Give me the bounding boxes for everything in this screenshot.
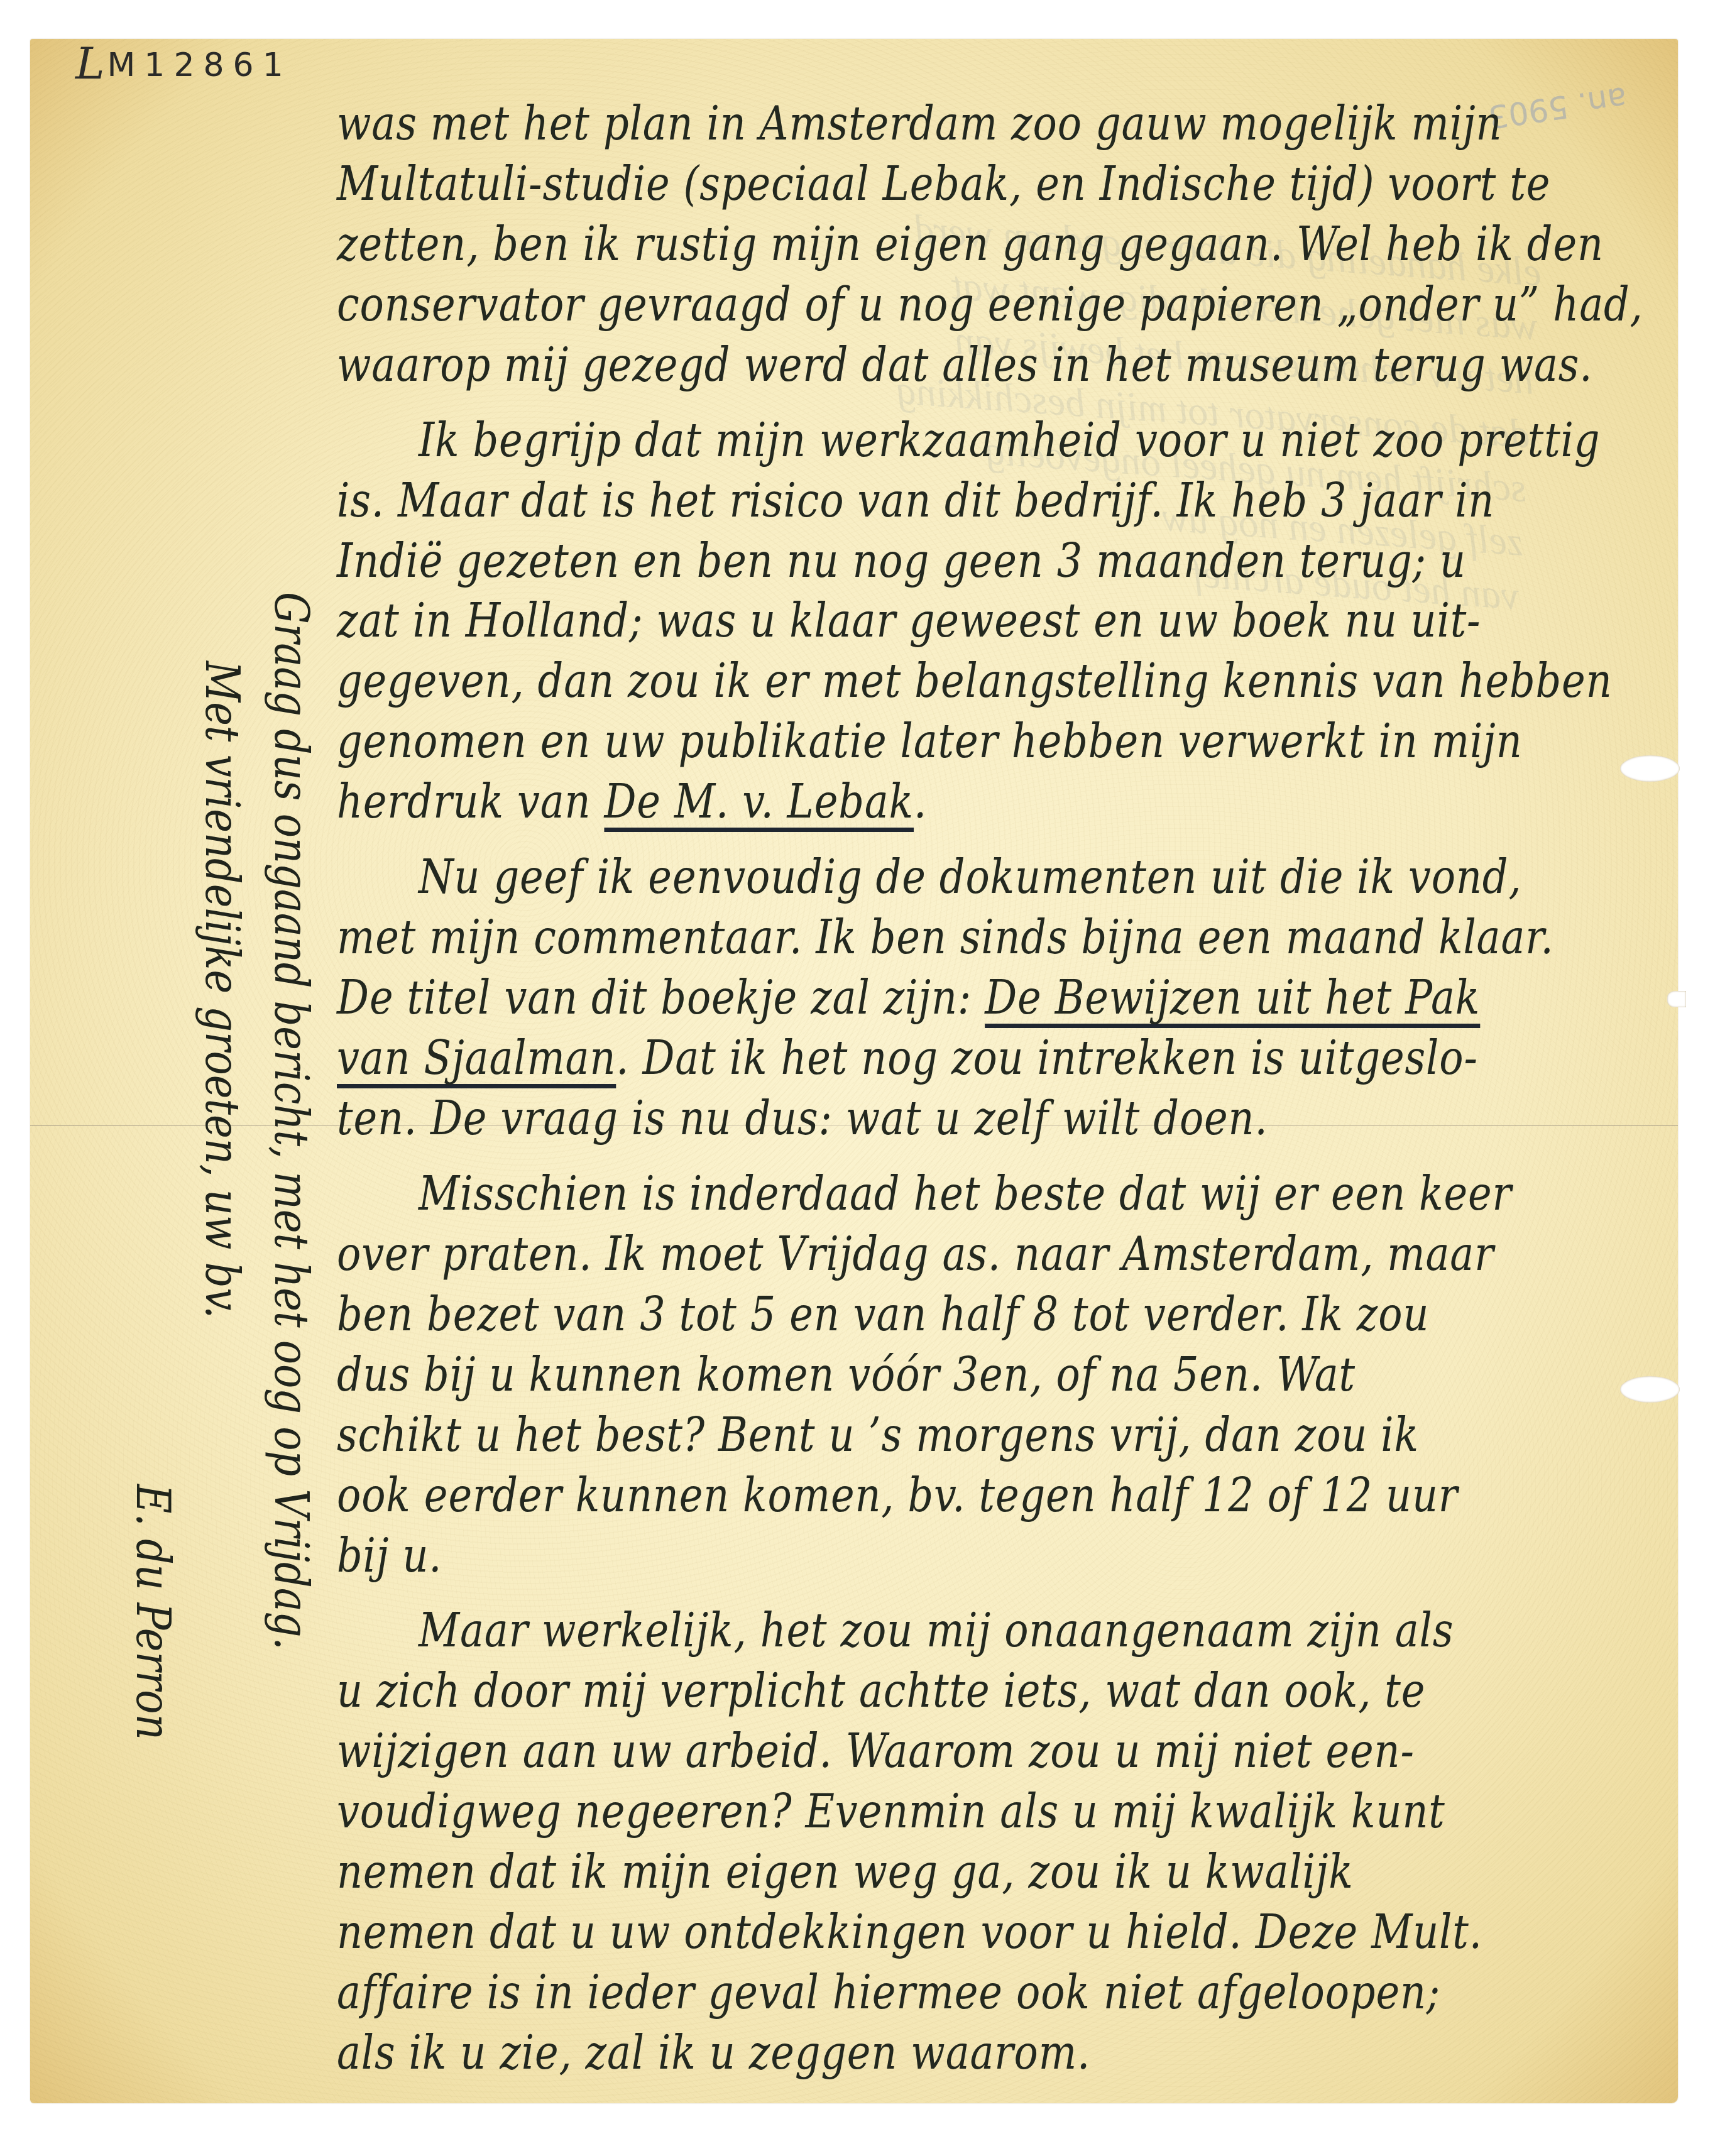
line-text: wijzigen aan uw arbeid. Waarom zou u mij…: [337, 1724, 1415, 1778]
margin-postscript: Graag dus ongaand bericht, met het oog o…: [187, 592, 326, 1822]
letter-line: schikt u het best? Bent u ’s morgens vri…: [337, 1412, 1419, 1458]
letter-line: genomen en uw publikatie later hebben ve…: [337, 718, 1523, 765]
line-text: Misschien is inderdaad het beste dat wij…: [419, 1167, 1512, 1221]
line-text: nemen dat u uw ontdekkingen voor u hield…: [337, 1905, 1482, 1959]
signature: E. du Perron: [118, 1484, 187, 1775]
archive-monogram-icon: L: [75, 41, 104, 85]
letter-line: Maar werkelijk, het zou mij onaangenaam …: [419, 1607, 1454, 1654]
letter-line: affaire is in ieder geval hiermee ook ni…: [337, 1969, 1440, 2016]
line-text: ook eerder kunnen komen, bv. tegen half …: [337, 1469, 1458, 1523]
line-text: gegeven, dan zou ik er met belangstellin…: [337, 654, 1612, 708]
letter-line: Misschien is inderdaad het beste dat wij…: [419, 1171, 1512, 1217]
line-text: conservator gevraagd of u nog eenige pap…: [337, 278, 1643, 332]
letter-line: Nu geef ik eenvoudig de dokumenten uit d…: [419, 854, 1522, 900]
letter-line: is. Maar dat is het risico van dit bedri…: [337, 478, 1494, 524]
letter-line: zetten, ben ik rustig mijn eigen gang ge…: [337, 221, 1604, 268]
letter-line: zat in Holland; was u klaar geweest en u…: [337, 598, 1481, 644]
line-text: genomen en uw publikatie later hebben ve…: [337, 714, 1523, 769]
line-text: .: [914, 775, 927, 829]
line-text: bij u.: [337, 1529, 442, 1583]
letter-line: van Sjaalman. Dat ik het nog zou intrekk…: [337, 1035, 1478, 1081]
line-text: zetten, ben ik rustig mijn eigen gang ge…: [337, 217, 1604, 271]
line-text: voudigweg negeeren? Evenmin als u mij kw…: [337, 1785, 1445, 1839]
line-text: waarop mij gezegd werd dat alles in het …: [337, 338, 1592, 392]
letter-line: was met het plan in Amsterdam zoo gauw m…: [337, 101, 1502, 147]
letter-line: dus bij u kunnen komen vóór 3en, of na 5…: [337, 1352, 1356, 1398]
punch-hole: [1620, 1376, 1680, 1403]
line-text: met mijn commentaar. Ik ben sinds bijna …: [337, 911, 1554, 965]
line-text: schikt u het best? Bent u ’s morgens vri…: [337, 1408, 1419, 1462]
letter-line: ook eerder kunnen komen, bv. tegen half …: [337, 1472, 1458, 1519]
line-text: De titel van dit boekje zal zijn:: [337, 971, 985, 1025]
letter-line: u zich door mij verplicht achtte iets, w…: [337, 1668, 1425, 1714]
line-text: zat in Holland; was u klaar geweest en u…: [337, 594, 1481, 648]
line-text: Nu geef ik eenvoudig de dokumenten uit d…: [419, 850, 1522, 904]
line-text: Ik begrijp dat mijn werkzaamheid voor u …: [419, 413, 1600, 468]
letter-line: ten. De vraag is nu dus: wat u zelf wilt…: [337, 1095, 1268, 1142]
letter-sheet: L M12861 an. 5903 elke handeling die doo…: [30, 39, 1678, 2103]
line-text: dus bij u kunnen komen vóór 3en, of na 5…: [337, 1348, 1356, 1402]
letter-line: met mijn commentaar. Ik ben sinds bijna …: [337, 914, 1554, 961]
line-text: . Dat ik het nog zou intrekken is uitges…: [616, 1031, 1478, 1085]
line-text: is. Maar dat is het risico van dit bedri…: [337, 474, 1494, 528]
letter-line: als ik u zie, zal ik u zeggen waarom.: [337, 2030, 1090, 2076]
letter-line: Ik begrijp dat mijn werkzaamheid voor u …: [419, 417, 1600, 464]
line-text: Multatuli-studie (speciaal Lebak, en Ind…: [337, 157, 1550, 211]
letter-line: nemen dat u uw ontdekkingen voor u hield…: [337, 1909, 1482, 1956]
letter-line: over praten. Ik moet Vrijdag as. naar Am…: [337, 1231, 1494, 1278]
letter-line: voudigweg negeeren? Evenmin als u mij kw…: [337, 1788, 1445, 1835]
line-text: als ik u zie, zal ik u zeggen waarom.: [337, 2026, 1090, 2080]
line-text: over praten. Ik moet Vrijdag as. naar Am…: [337, 1227, 1494, 1281]
underlined-title: De M. v. Lebak: [604, 775, 914, 829]
pencil-annotation: an. 5903: [1486, 80, 1629, 135]
postscript-line: Graag dus ongaand bericht, met het oog o…: [256, 592, 326, 1650]
edge-notch: [1667, 991, 1686, 1007]
letter-line: gegeven, dan zou ik er met belangstellin…: [337, 658, 1612, 704]
letter-line: wijzigen aan uw arbeid. Waarom zou u mij…: [337, 1728, 1415, 1775]
line-text: ben bezet van 3 tot 5 en van half 8 tot …: [337, 1288, 1429, 1342]
line-text: affaire is in ieder geval hiermee ook ni…: [337, 1966, 1440, 2020]
line-text: Maar werkelijk, het zou mij onaangenaam …: [419, 1604, 1454, 1658]
letter-line: herdruk van De M. v. Lebak.: [337, 779, 927, 825]
line-text: u zich door mij verplicht achtte iets, w…: [337, 1664, 1425, 1718]
line-text: Indië gezeten en ben nu nog geen 3 maand…: [337, 534, 1466, 588]
line-text: herdruk van: [337, 775, 604, 829]
letter-line: bij u.: [337, 1533, 442, 1579]
line-text: ten. De vraag is nu dus: wat u zelf wilt…: [337, 1092, 1268, 1146]
letter-line: Indië gezeten en ben nu nog geen 3 maand…: [337, 538, 1466, 584]
letter-line: De titel van dit boekje zal zijn: De Bew…: [337, 975, 1480, 1021]
line-text: nemen dat ik mijn eigen weg ga, zou ik u…: [337, 1845, 1354, 1899]
letter-line: conservator gevraagd of u nog eenige pap…: [337, 282, 1643, 328]
archive-stamp: L M12861: [75, 41, 292, 85]
punch-hole: [1620, 755, 1680, 782]
letter-line: nemen dat ik mijn eigen weg ga, zou ik u…: [337, 1849, 1354, 1895]
letter-line: waarop mij gezegd werd dat alles in het …: [337, 342, 1592, 388]
letter-line: ben bezet van 3 tot 5 en van half 8 tot …: [337, 1291, 1429, 1338]
letter-line: Multatuli-studie (speciaal Lebak, en Ind…: [337, 161, 1550, 207]
underlined-title: De Bewijzen uit het Pak: [985, 971, 1480, 1025]
postscript-line: Met vriendelijke groeten, uw bv.: [187, 661, 256, 1660]
archive-number: M12861: [107, 49, 292, 85]
line-text: was met het plan in Amsterdam zoo gauw m…: [337, 97, 1502, 151]
underlined-title: van Sjaalman: [337, 1031, 616, 1085]
